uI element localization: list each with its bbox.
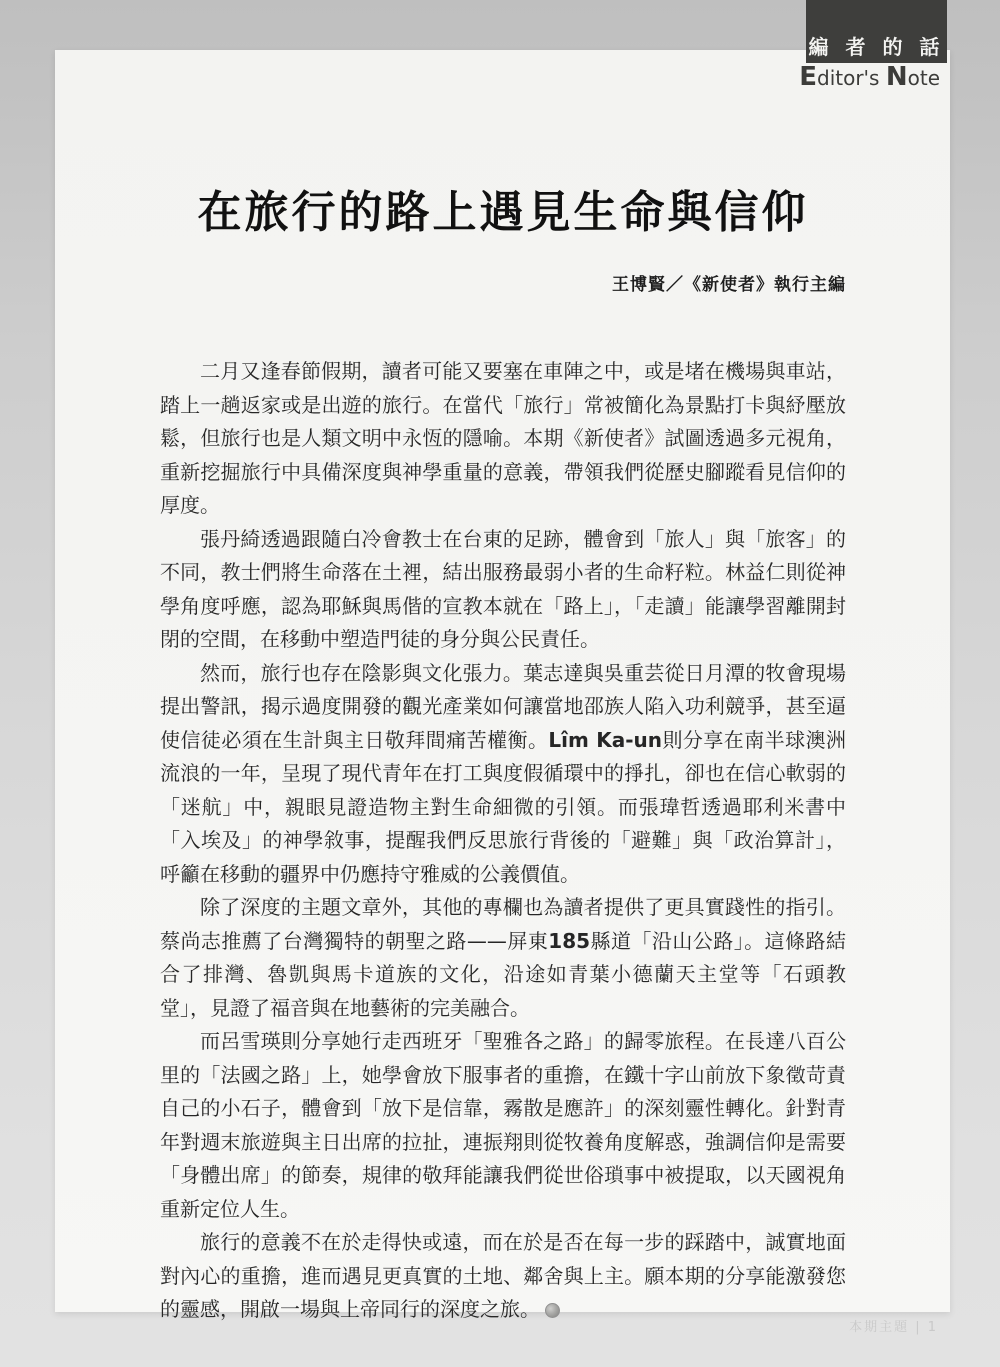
paragraph: 二月又逢春節假期，讀者可能又要塞在車陣之中，或是堵在機場與車站，踏上一趟返家或是… xyxy=(160,355,846,523)
road-number-emphasis: 185 xyxy=(548,929,590,953)
section-title-en-initial-e: E xyxy=(799,62,817,92)
section-title-zh: 編 者 的 話 xyxy=(809,37,945,57)
author-name-emphasis: Lîm Ka-un xyxy=(548,728,662,752)
paragraph-text: 而呂雪瑛則分享她行走西班牙「聖雅各之路」的歸零旅程。在長達八百公里的「法國之路」… xyxy=(160,1029,846,1221)
section-title-en-rest-n: ote xyxy=(908,66,940,90)
page-footer-label: 本期主題 | 1 xyxy=(849,1316,938,1335)
page-title: 在旅行的路上遇見生命與信仰 xyxy=(160,176,846,240)
paragraph: 除了深度的主題文章外，其他的專欄也為讀者提供了更具實踐性的指引。蔡尚志推薦了台灣… xyxy=(160,891,846,1025)
section-title-en-rest-e: ditor's xyxy=(817,66,879,90)
editors-note-section-box: 編 者 的 話 xyxy=(806,0,947,63)
article-end-mark-icon xyxy=(545,1303,560,1318)
paragraph-text: 二月又逢春節假期，讀者可能又要塞在車陣之中，或是堵在機場與車站，踏上一趟返家或是… xyxy=(160,359,846,517)
paragraph: 旅行的意義不在於走得快或遠，而在於是否在每一步的踩踏中，誠實地面對內心的重擔，進… xyxy=(160,1226,846,1327)
paragraph-text: 旅行的意義不在於走得快或遠，而在於是否在每一步的踩踏中，誠實地面對內心的重擔，進… xyxy=(160,1230,846,1321)
magazine-page: 在旅行的路上遇見生命與信仰 王博賢／《新使者》執行主編 二月又逢春節假期，讀者可… xyxy=(55,50,950,1312)
scanned-magazine-page-background: { "masthead": { "section_title_zh": "編 者… xyxy=(0,0,1000,1367)
editors-note-article: 在旅行的路上遇見生命與信仰 王博賢／《新使者》執行主編 二月又逢春節假期，讀者可… xyxy=(55,50,950,1327)
article-body: 二月又逢春節假期，讀者可能又要塞在車陣之中，或是堵在機場與車站，踏上一趟返家或是… xyxy=(160,355,846,1327)
section-title-en: Editor's Note xyxy=(799,64,940,91)
byline: 王博賢／《新使者》執行主編 xyxy=(160,270,846,295)
paragraph-text: 張丹綺透過跟隨白冷會教士在台東的足跡，體會到「旅人」與「旅客」的不同，教士們將生… xyxy=(160,527,846,652)
section-title-en-initial-n: N xyxy=(886,62,908,92)
paragraph: 而呂雪瑛則分享她行走西班牙「聖雅各之路」的歸零旅程。在長達八百公里的「法國之路」… xyxy=(160,1025,846,1226)
paragraph: 張丹綺透過跟隨白冷會教士在台東的足跡，體會到「旅人」與「旅客」的不同，教士們將生… xyxy=(160,523,846,657)
paragraph: 然而，旅行也存在陰影與文化張力。葉志達與吳重芸從日月潭的牧會現場提出警訊，揭示過… xyxy=(160,657,846,892)
